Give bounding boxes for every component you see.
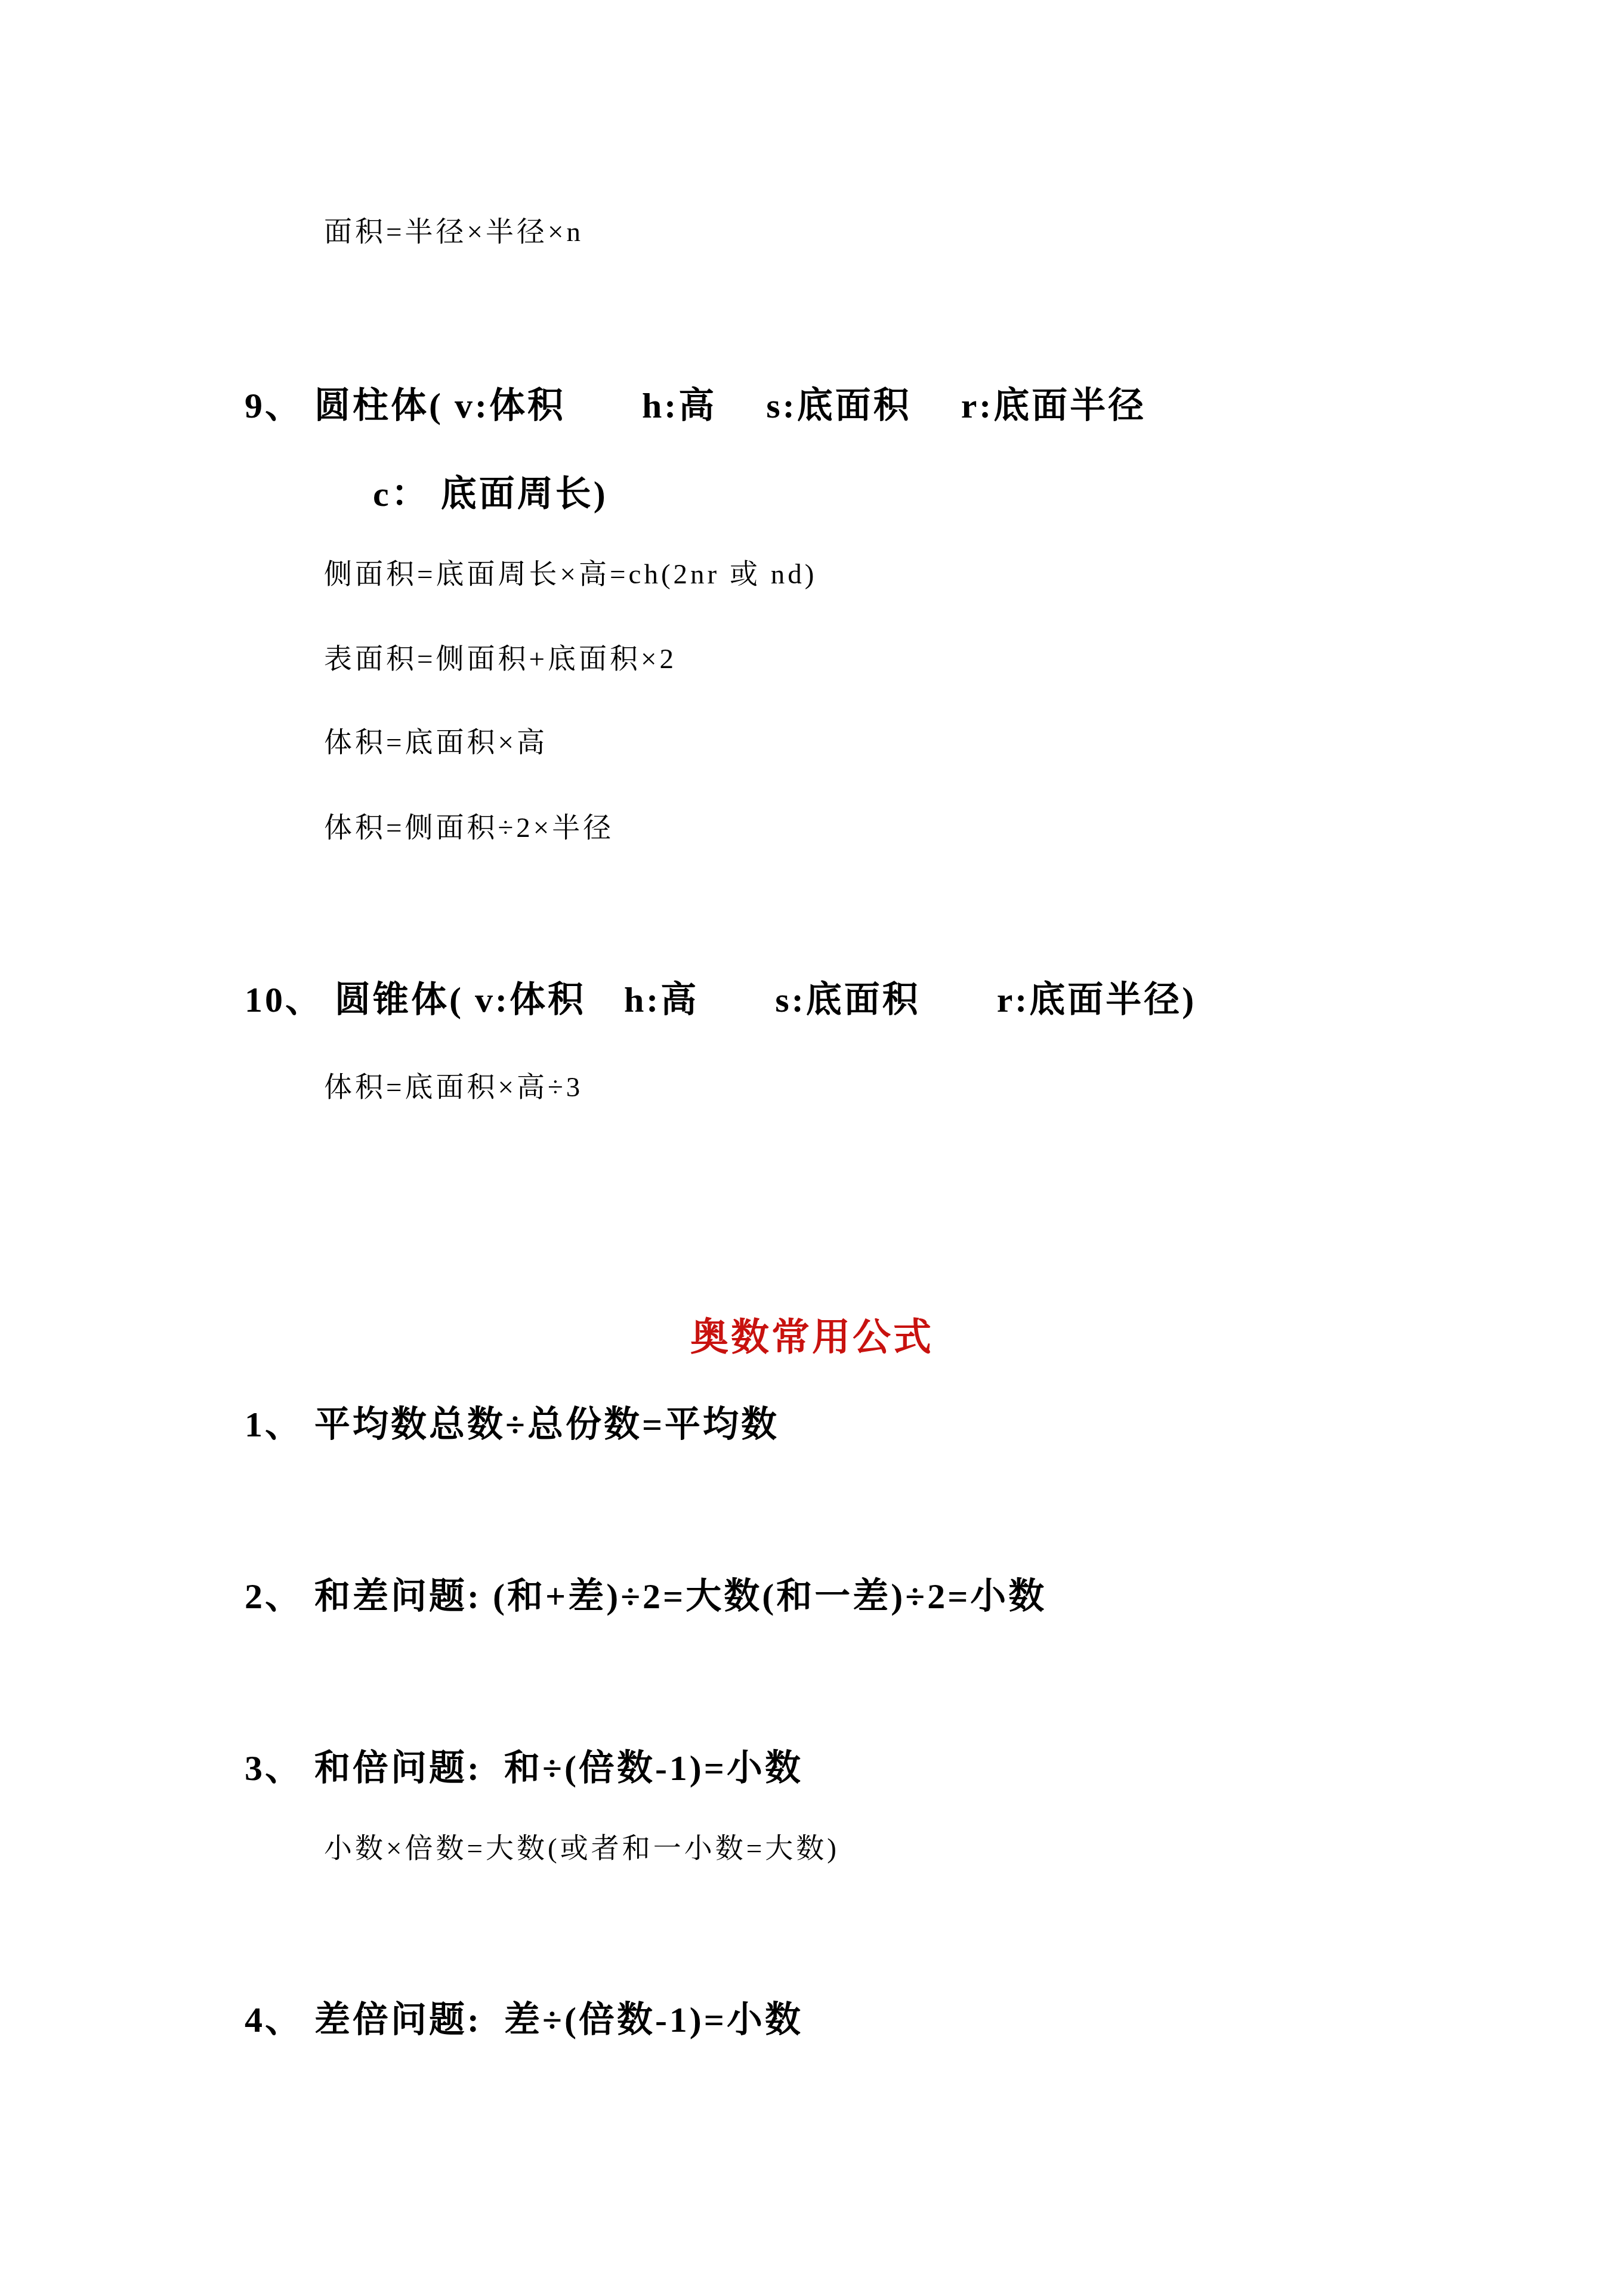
item-average-formula: 1、 平均数总数÷总份数=平均数 [245,1407,779,1442]
item-sum-multiple-problem: 3、 和倍问题: 和÷(倍数-1)=小数 [245,1750,803,1786]
heading-cylinder: 9、 圆柱体( v:体积 h:高 s:底面积 r:底面半径 [245,388,1146,424]
formula-cone-volume: 体积=底面积×高÷3 [324,1074,583,1102]
formula-small-times-multiple: 小数×倍数=大数(或者和一小数=大数) [324,1835,839,1863]
formula-cylinder-surface-area: 表面积=侧面积+底面积×2 [324,645,677,673]
formula-cylinder-volume-base-height: 体积=底面积×高 [324,729,548,757]
heading-cylinder-continuation: c： 底面周长) [373,476,608,512]
item-sum-difference-problem: 2、 和差问题: (和+差)÷2=大数(和一差)÷2=小数 [245,1578,1046,1614]
document-page: 面积=半径×半径×n 9、 圆柱体( v:体积 h:高 s:底面积 r:底面半径… [0,0,1624,2296]
formula-cylinder-lateral-area: 侧面积=底面周长×高=ch(2nr 或 nd) [324,561,817,589]
formula-cylinder-volume-lateral-radius: 体积=侧面积÷2×半径 [324,814,614,842]
item-difference-multiple-problem: 4、 差倍问题: 差÷(倍数-1)=小数 [245,2002,803,2038]
olympiad-section-title: 奥数常用公式 [0,1318,1624,1356]
formula-circle-area: 面积=半径×半径×n [324,218,583,246]
heading-cone: 10、 圆锥体( v:体积 h:高 s:底面积 r:底面半径) [245,982,1196,1018]
